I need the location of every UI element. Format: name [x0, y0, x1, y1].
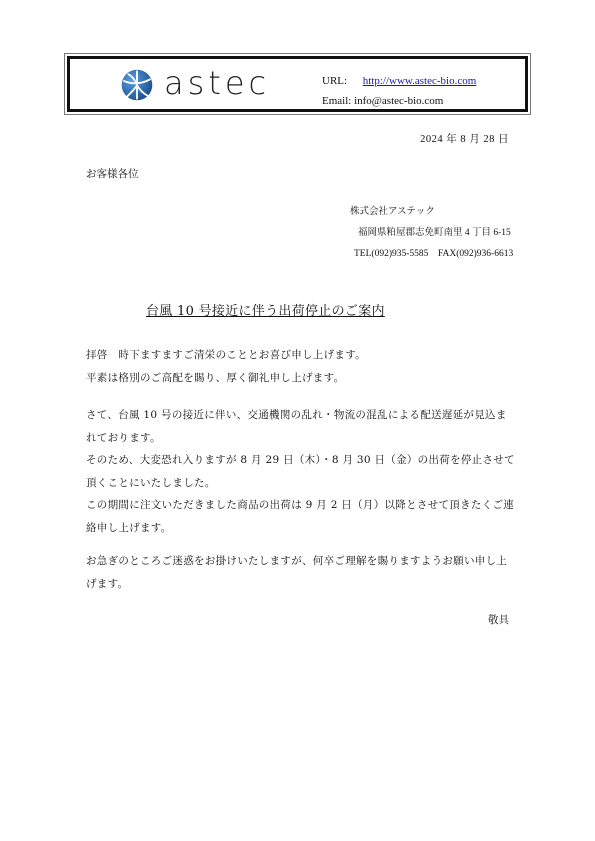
document-title: 台風 10 号接近に伴う出荷停止のご案内	[146, 300, 385, 319]
sender-phone-fax: TEL(092)935-5585 FAX(092)936-6613	[350, 244, 513, 265]
letterhead-frame: astec URL: http://www.astec-bio.com Emai…	[64, 53, 531, 115]
contact-info: URL: http://www.astec-bio.com Email: inf…	[322, 71, 476, 111]
letter-date: 2024 年 8 月 28 日	[420, 131, 509, 146]
closing-phrase: 敬具	[488, 612, 509, 627]
sender-block: 株式会社アステック 福岡県粕屋郡志免町南里 4 丁目 6-15 TEL(092)…	[350, 202, 513, 265]
website-link[interactable]: http://www.astec-bio.com	[363, 75, 477, 87]
apology-line: げます。	[86, 573, 516, 596]
apology-paragraph: お急ぎのところご迷惑をお掛けいたしますが、何卒ご理解を賜りますようお願い申し上 …	[86, 550, 516, 595]
greeting-paragraph: 拝啓 時下ますますご清栄のこととお喜び申し上げます。 平素は格別のご高配を賜り、…	[86, 344, 516, 389]
company-logo: astec	[120, 68, 270, 102]
logo-wordmark: astec	[164, 67, 270, 99]
sender-address: 福岡県粕屋郡志免町南里 4 丁目 6-15	[350, 223, 513, 244]
letterhead-inner-border: astec URL: http://www.astec-bio.com Emai…	[67, 56, 528, 112]
body-line: 絡申し上げます。	[86, 517, 516, 540]
greeting-line: 平素は格別のご高配を賜り、厚く御礼申し上げます。	[86, 367, 516, 390]
body-line: そのため、大変恐れ入りますが 8 月 29 日（木）・8 月 30 日（金）の出…	[86, 449, 516, 472]
greeting-line: 拝啓 時下ますますご清栄のこととお喜び申し上げます。	[86, 344, 516, 367]
apology-line: お急ぎのところご迷惑をお掛けいたしますが、何卒ご理解を賜りますようお願い申し上	[86, 550, 516, 573]
astec-globe-logo-icon	[120, 68, 154, 102]
sender-company: 株式会社アステック	[350, 202, 513, 223]
url-label: URL:	[322, 71, 360, 91]
email-row: Email: info@astec-bio.com	[322, 91, 476, 111]
url-row: URL: http://www.astec-bio.com	[322, 71, 476, 91]
body-line: この期間に注文いただきました商品の出荷は 9 月 2 日（月）以降とさせて頂きた…	[86, 494, 516, 517]
salutation: お客様各位	[86, 166, 139, 181]
body-line: れております。	[86, 427, 516, 450]
notice-paragraph: さて、台風 10 号の接近に伴い、交通機関の乱れ・物流の混乱による配送遅延が見込…	[86, 404, 516, 539]
body-line: さて、台風 10 号の接近に伴い、交通機関の乱れ・物流の混乱による配送遅延が見込…	[86, 404, 516, 427]
body-line: 頂くことにいたしました。	[86, 472, 516, 495]
